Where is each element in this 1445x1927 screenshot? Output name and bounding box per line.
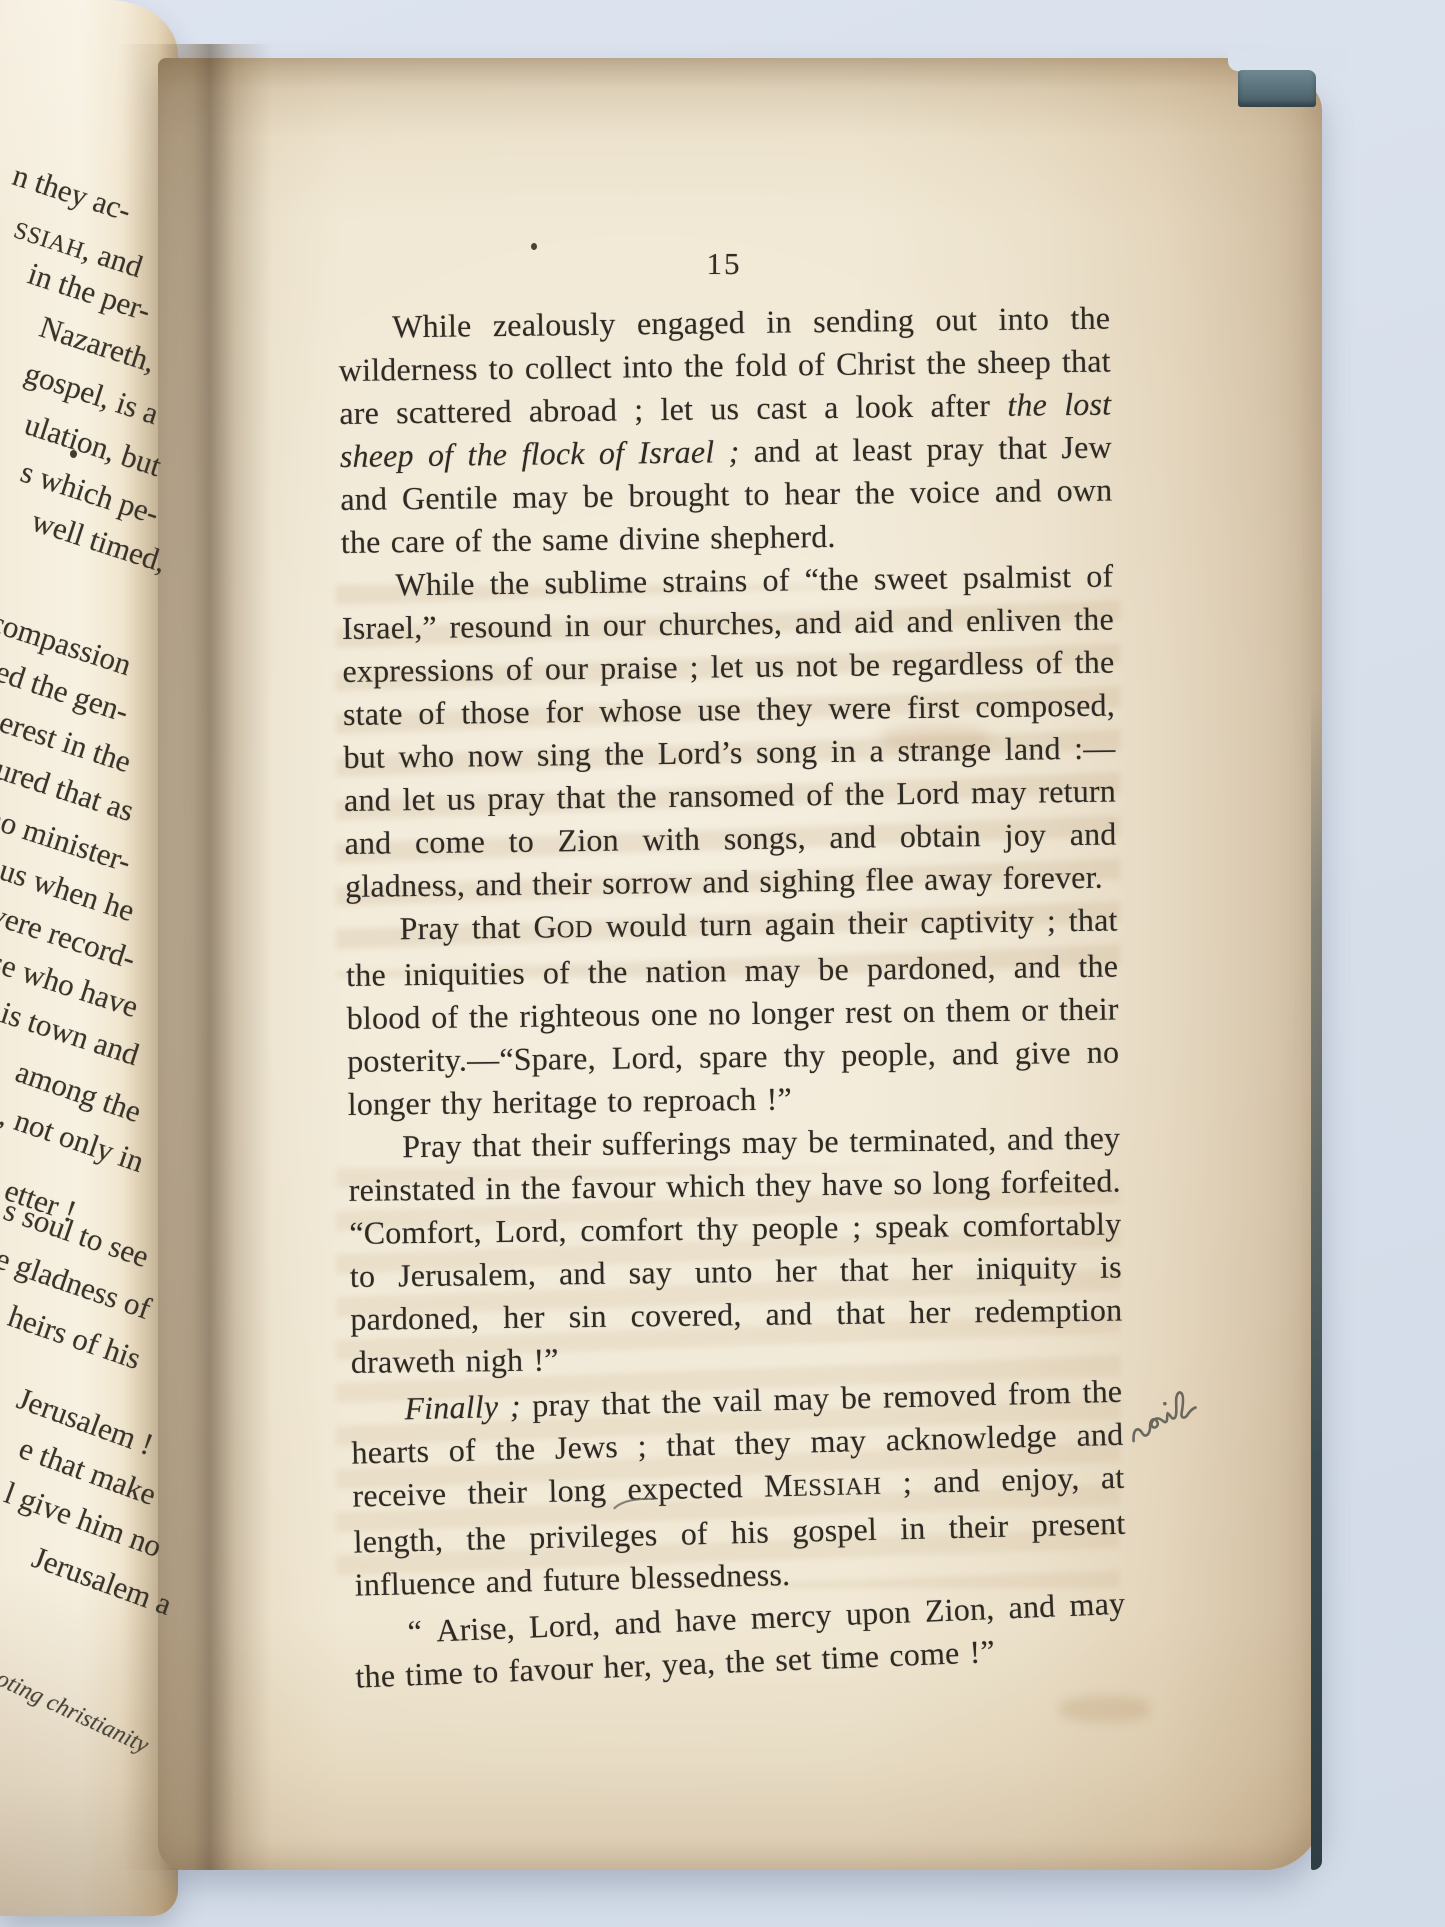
book-board-edge xyxy=(1238,70,1316,107)
paragraph: Finally ; pray that the vail may be remo… xyxy=(350,1370,1127,1607)
paragraph: Pray that GOD would turn again their cap… xyxy=(345,899,1120,1126)
paragraph: While the sublime strains of “the sweet … xyxy=(341,555,1117,908)
background-notch xyxy=(1228,50,1348,71)
photo-background: { "scene": { "description": "Photograph … xyxy=(0,0,1445,1927)
text-segment: Pray that their sufferings may be termin… xyxy=(349,1120,1123,1380)
page-number: 15 xyxy=(338,246,1110,282)
text-segment: MESSIAH xyxy=(764,1465,882,1504)
page-edge-line xyxy=(1311,690,1322,1870)
page-text: While zealously engaged in sending out i… xyxy=(338,297,1127,1688)
text-segment: While zealously engaged in sending out i… xyxy=(339,300,1111,431)
text-segment: While the sublime strains of “the sweet … xyxy=(342,558,1117,904)
paragraph: Pray that their sufferings may be termin… xyxy=(348,1117,1123,1384)
text-segment: Pray that xyxy=(399,909,533,947)
text-segment: Finally ; xyxy=(404,1387,521,1426)
paragraph: While zealously engaged in sending out i… xyxy=(338,297,1113,564)
text-segment: GOD xyxy=(533,908,593,945)
